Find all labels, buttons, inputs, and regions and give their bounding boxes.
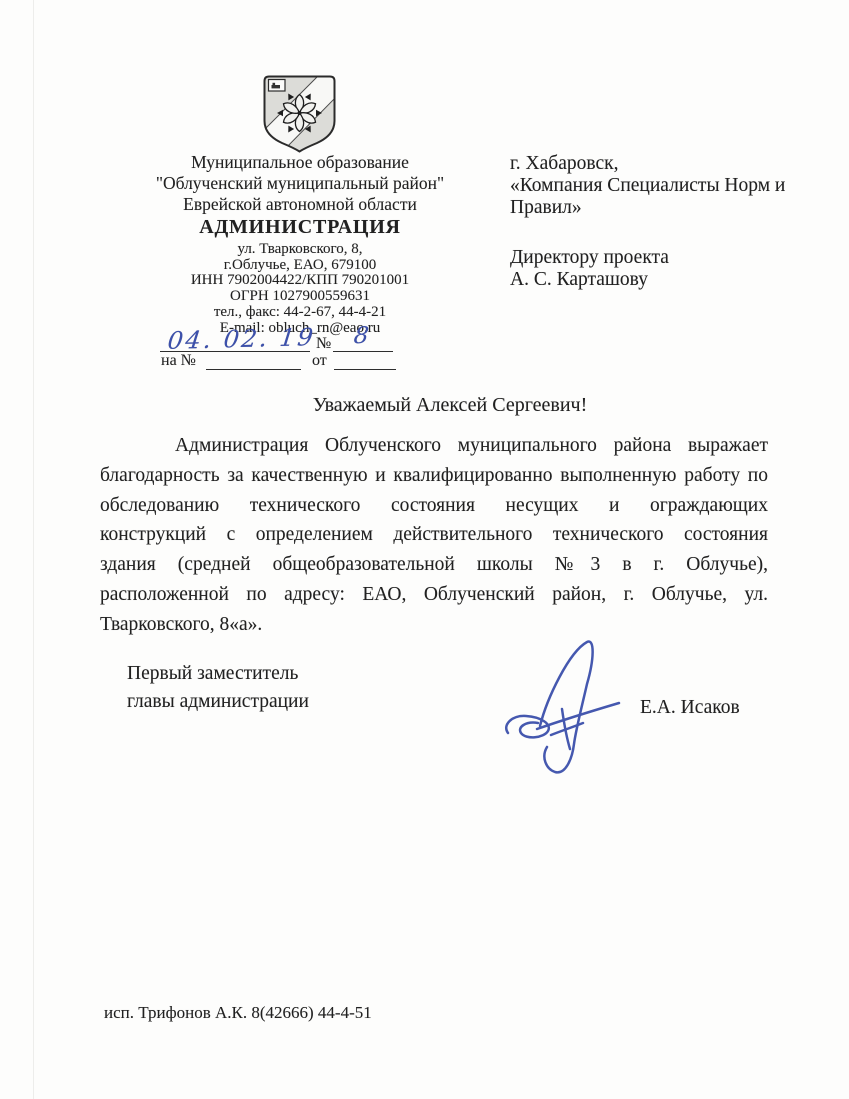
letter-page: Муниципальное образование "Облученский м… [0, 0, 849, 1099]
coat-of-arms-icon [263, 75, 336, 153]
body-line: конструкций с определением действительно… [100, 520, 768, 550]
body-paragraph: Администрация Облученского муниципальног… [100, 431, 768, 640]
body-line: здания (средней общеобразовательной школ… [100, 550, 768, 580]
handwritten-number: 8 [352, 323, 372, 349]
salutation: Уважаемый Алексей Сергеевич! [120, 394, 780, 417]
street-address: ул. Тварковского, 8, [135, 242, 465, 258]
org-line: Еврейской автономной области [135, 194, 465, 215]
body-line: благодарность за качественную и квалифиц… [100, 461, 768, 491]
addressee-position: Директору проекта [510, 247, 669, 269]
addressee-city: г. Хабаровск, [510, 153, 785, 175]
handwritten-date: 04. 02. 19 [166, 323, 317, 355]
incoming-date-underline [334, 352, 396, 370]
phone-fax: тел., факс: 44-2-67, 44-4-21 [135, 305, 465, 321]
letterhead: Муниципальное образование "Облученский м… [135, 152, 465, 336]
incoming-prefix: на № [161, 352, 196, 370]
org-line: "Облученский муниципальный район" [135, 173, 465, 194]
signer-name: Е.А. Исаков [640, 697, 740, 719]
org-name: АДМИНИСТРАЦИЯ [135, 216, 465, 239]
scan-edge-line [33, 0, 34, 1099]
inn-kpp: ИНН 7902004422/КПП 790201001 [135, 273, 465, 289]
executor-line: исп. Трифонов А.К. 8(42666) 44-4-51 [104, 1003, 372, 1023]
org-line: Муниципальное образование [135, 152, 465, 173]
signer-title-line: Первый заместитель [127, 660, 309, 688]
addressee-name: А. С. Карташову [510, 269, 669, 291]
addressee-company: «Компания Специалисты Норм и [510, 175, 785, 197]
addressee-company-block: г. Хабаровск, «Компания Специалисты Норм… [510, 153, 785, 218]
body-line: расположенной по адресу: ЕАО, Облученски… [100, 580, 768, 610]
signer-title: Первый заместитель главы администрации [127, 660, 309, 716]
signer-title-line: главы администрации [127, 688, 309, 716]
incoming-from-label: от [312, 352, 327, 370]
incoming-number-underline [206, 352, 301, 370]
body-line: Администрация Облученского муниципальног… [100, 431, 768, 461]
handwritten-signature-icon [495, 636, 625, 786]
body-line: Тварковского, 8«а». [100, 610, 768, 640]
body-line: обследованию технического состояния несу… [100, 491, 768, 521]
city-address: г.Облучье, ЕАО, 679100 [135, 258, 465, 274]
addressee-person-block: Директору проекта А. С. Карташову [510, 247, 669, 291]
train-emblem [269, 80, 286, 92]
number-sign: № [316, 335, 331, 353]
addressee-company: Правил» [510, 197, 785, 219]
ogrn: ОГРН 1027900559631 [135, 289, 465, 305]
